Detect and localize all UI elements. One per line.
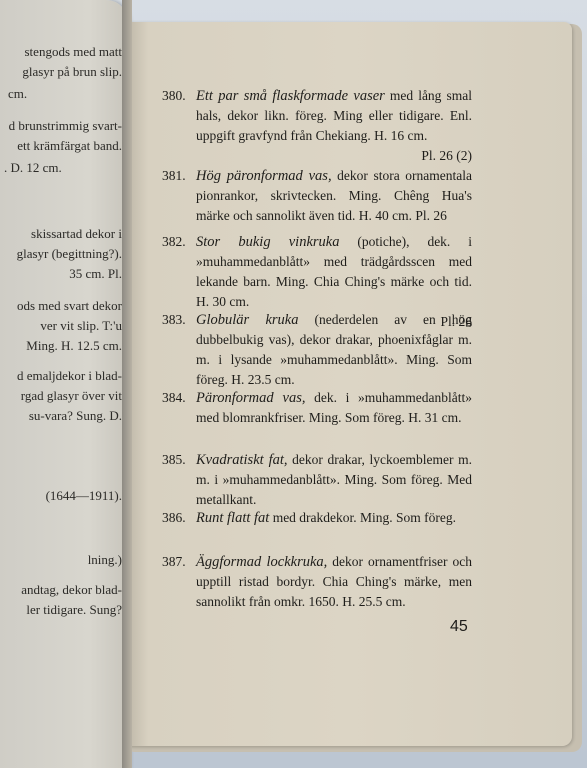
left-page-line: su-vara? Sung. D. <box>29 408 122 424</box>
left-page-line: andtag, dekor blad- <box>21 582 122 598</box>
catalogue-entry: 385.Kvadratiskt fat, dekor drakar, lycko… <box>162 450 472 510</box>
entry-title: Ett par små flaskformade vaser <box>196 88 385 104</box>
entry-body: Kvadratiskt fat, dekor drakar, lyckoembl… <box>196 450 472 510</box>
entry-title: Äggformad lockkruka, <box>196 554 327 570</box>
plate-reference: Pl. 26 (2) <box>196 146 472 166</box>
left-page-line: glasyr på brun slip. <box>22 64 122 80</box>
entry-description: med drakdekor. Ming. Som föreg. <box>269 510 456 525</box>
entry-number: 385. <box>162 450 196 470</box>
left-page-line: stengods med matt <box>25 44 123 60</box>
catalogue-entry: 384.Päronformad vas, dek. i »muhammedanb… <box>162 388 472 428</box>
entry-body: Päronformad vas, dek. i »muhammedanblått… <box>196 388 472 428</box>
catalogue-entry: 380.Ett par små flaskformade vaser med l… <box>162 86 472 166</box>
entry-number: 383. <box>162 310 196 330</box>
left-page-line: glasyr (begittning?). <box>17 246 122 262</box>
entry-body: Runt flatt fat med drakdekor. Ming. Som … <box>196 508 472 528</box>
entry-number: 380. <box>162 86 196 106</box>
entry-body: Hög päronformad vas, dekor stora ornamen… <box>196 166 472 226</box>
book-gutter <box>122 0 132 768</box>
entry-number: 386. <box>162 508 196 528</box>
left-page-line: cm. <box>8 86 27 102</box>
entry-number: 387. <box>162 552 196 572</box>
left-page-line: ler tidigare. Sung? <box>26 602 122 618</box>
entry-title: Stor bukig vinkruka <box>196 234 339 250</box>
left-page-line: lning.) <box>88 552 122 568</box>
left-page-line: ods med svart dekor <box>17 298 122 314</box>
catalogue-entry: 381.Hög päronformad vas, dekor stora orn… <box>162 166 472 226</box>
page-number: 45 <box>450 618 468 636</box>
entry-title: Runt flatt fat <box>196 510 269 526</box>
entry-title: Globulär kruka <box>196 312 298 328</box>
left-page-line: skissartad dekor i <box>31 226 122 242</box>
left-page: stengods med mattglasyr på brun slip.cm.… <box>0 0 128 768</box>
entry-body: Äggformad lockkruka, dekor ornamentfrise… <box>196 552 472 612</box>
entry-number: 382. <box>162 232 196 252</box>
left-page-line: ver vit slip. T:'u <box>40 318 122 334</box>
left-page-line: d emaljdekor i blad- <box>17 368 122 384</box>
entry-number: 384. <box>162 388 196 408</box>
left-page-line: ett krämfärgat band. <box>17 138 122 154</box>
entry-title: Päronformad vas, <box>196 390 305 406</box>
left-page-line: . D. 12 cm. <box>4 160 62 176</box>
left-page-line: 35 cm. Pl. <box>69 266 122 282</box>
catalogue-entry: 386.Runt flatt fat med drakdekor. Ming. … <box>162 508 472 528</box>
entry-body: Globulär kruka (nederdelen av en hög dub… <box>196 310 472 390</box>
entry-number: 381. <box>162 166 196 186</box>
catalogue-entry: 383.Globulär kruka (nederdelen av en hög… <box>162 310 472 390</box>
left-page-line: (1644—1911). <box>46 488 122 504</box>
left-page-line: Ming. H. 12.5 cm. <box>26 338 122 354</box>
catalogue-entry: 387.Äggformad lockkruka, dekor ornamentf… <box>162 552 472 612</box>
entry-body: Ett par små flaskformade vaser med lång … <box>196 86 472 166</box>
left-page-line: d brunstrimmig svart- <box>9 118 122 134</box>
left-page-line: rgad glasyr över vit <box>21 388 122 404</box>
entry-title: Kvadratiskt fat, <box>196 452 288 468</box>
entry-title: Hög päronformad vas, <box>196 168 332 184</box>
